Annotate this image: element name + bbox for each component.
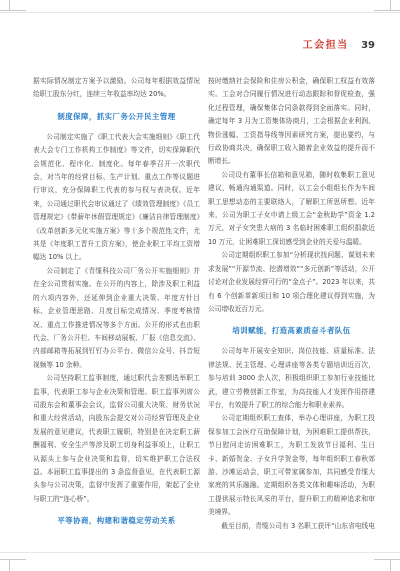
section-heading: 平等协商，构建和谐稳定劳动关系 (33, 514, 200, 528)
page-number: 39 (361, 40, 375, 51)
paragraph: 公司每年开展安全知识、岗位技能、质量标准、法律法规、民主管理、心理讲座等各类专题… (208, 345, 375, 412)
paragraph: 公司设有董事长信箱和意见箱，随时收集职工意见建议，畅通沟通渠道。同时，以工会小组… (208, 169, 375, 249)
paragraph: 按时缴纳社会保险和住房公积金，确保职工权益有效落实。工会对合同履行情况进行动态跟… (208, 75, 375, 169)
trim-line-bottom (0, 552, 400, 553)
section-heading: 制度保障，抓实厂务公开民主管理 (33, 110, 200, 124)
right-column: 按时缴纳社会保险和住房公积金，确保职工权益有效落实。工会对合同履行情况进行动态跟… (208, 75, 375, 531)
paragraph: 公司定期组织职工查体，举办心理讲座，为职工投保参加工会医疗互助保障计划，为困难职… (208, 412, 375, 519)
paragraph: 截至目前，青缆公司有 3 名职工获评“山东省电线电缆行业十大工匠”，2 名职工分… (208, 520, 375, 531)
crop-mark-top-right (374, 10, 400, 11)
paragraph: 公司定期组织职工参加“分析现状找问题、谋划未来求发展”“开源节流、挖潜增效”“多… (208, 249, 375, 316)
magazine-page: 工会担当 39 据实际情况制定方案予以激励。公司每年根据效益情况给职工股东分红，… (0, 0, 400, 571)
crop-mark-bottom-right (374, 559, 400, 560)
section-label: 工会担当 (303, 40, 349, 51)
crop-mark-bottom-right (390, 559, 391, 571)
page-header: 工会担当 39 (303, 36, 375, 51)
paragraph: 公司制定实施了《职工代表大会实施细则》《职工代表大会专门工作机构工作制度》等文件… (33, 131, 200, 265)
trim-line-top (0, 12, 400, 13)
paragraph: 公司制定了《青缆科技公司厂务公开实施细则》并在全公司贯彻实施。在公开的内容上，除… (33, 265, 200, 372)
section-heading: 培训赋能，打造高素质奋斗者队伍 (208, 324, 375, 338)
crop-mark-bottom-left (9, 559, 10, 571)
crop-mark-top-right (390, 0, 391, 11)
crop-mark-top-left (0, 10, 26, 11)
crop-mark-top-left (9, 0, 10, 11)
left-column: 据实际情况制定方案予以激励。公司每年根据效益情况给职工股东分红，连续三年收益率均… (33, 75, 200, 531)
paragraph: 据实际情况制定方案予以激励。公司每年根据效益情况给职工股东分红，连续三年收益率均… (33, 75, 200, 102)
paragraph: 公司坚持职工监事制度，通过职代会差额选举职工监事，代表职工参与企业决策和管理。职… (33, 372, 200, 506)
crop-mark-bottom-left (0, 559, 26, 560)
